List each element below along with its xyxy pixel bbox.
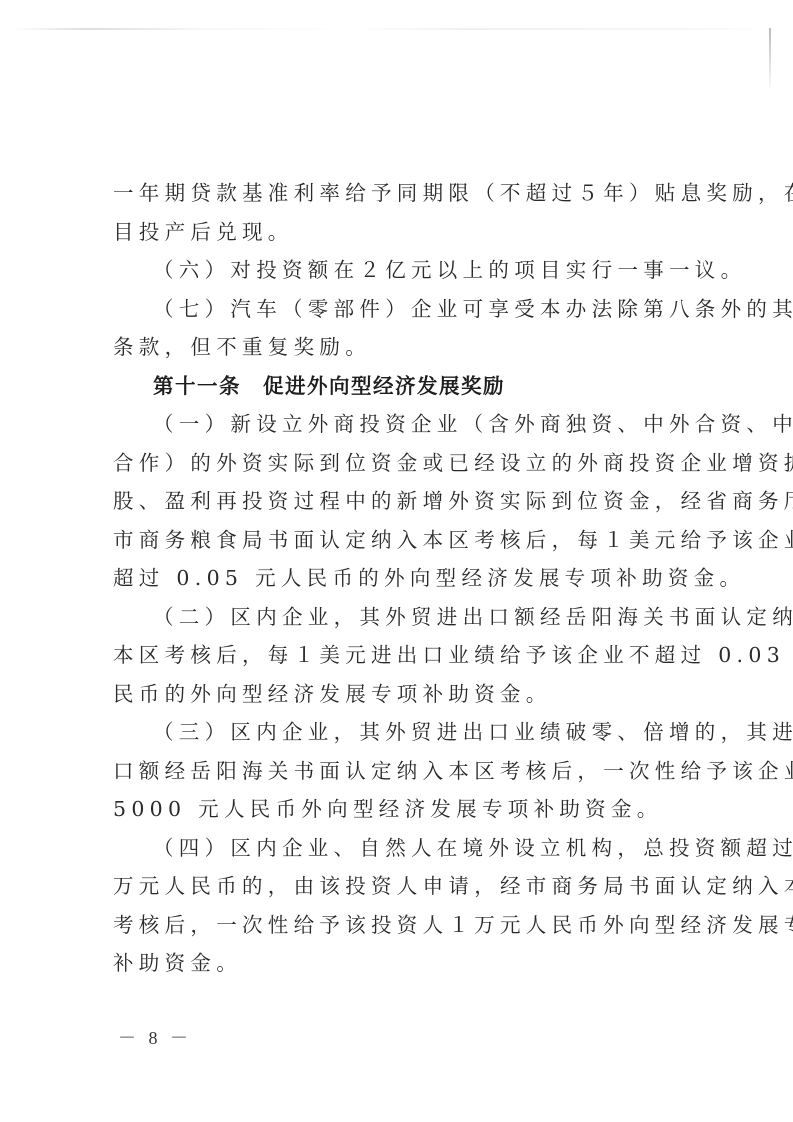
scan-edge-top: [12, 28, 769, 30]
article-heading: 第十一条促进外向型经济发展奖励: [113, 367, 685, 406]
text-line: 口额经岳阳海关书面认定纳入本区考核后，一次性给予该企业: [113, 752, 685, 791]
page-number: － 8 －: [118, 1024, 192, 1050]
text-line: 民币的外向型经济发展专项补助资金。: [113, 675, 685, 714]
text-line: 目投产后兑现。: [113, 213, 685, 252]
article-title: 促进外向型经济发展奖励: [263, 374, 505, 398]
article-number: 第十一条: [153, 374, 241, 398]
clause-6: （六）对投资额在２亿元以上的项目实行一事一议。: [113, 251, 685, 290]
article-clause-3: （三）区内企业，其外贸进出口业绩破零、倍增的，其进出: [113, 713, 685, 752]
text-line: 5000 元人民币外向型经济发展专项补助资金。: [113, 790, 685, 829]
document-body: 一年期贷款基准利率给予同期限（不超过５年）贴息奖励，在项 目投产后兑现。 （六）…: [113, 174, 685, 983]
text-line: 股、盈利再投资过程中的新增外资实际到位资金，经省商务厅、: [113, 482, 685, 521]
text-line: 一年期贷款基准利率给予同期限（不超过５年）贴息奖励，在项: [113, 174, 685, 213]
article-clause-4: （四）区内企业、自然人在境外设立机构，总投资额超过 100: [113, 829, 685, 868]
text-line: 市商务粮食局书面认定纳入本区考核后，每１美元给予该企业不: [113, 521, 685, 560]
clause-7: （七）汽车（零部件）企业可享受本办法除第八条外的其他: [113, 290, 685, 329]
text-line: 条款，但不重复奖励。: [113, 328, 685, 367]
text-line: 补助资金。: [113, 944, 685, 983]
article-clause-2: （二）区内企业，其外贸进出口额经岳阳海关书面认定纳入: [113, 598, 685, 637]
text-line: 考核后，一次性给予该投资人１万元人民币外向型经济发展专项: [113, 906, 685, 945]
scan-edge-right: [769, 28, 771, 88]
article-clause-1: （一）新设立外商投资企业（含外商独资、中外合资、中外: [113, 405, 685, 444]
text-line: 合作）的外资实际到位资金或已经设立的外商投资企业增资扩: [113, 444, 685, 483]
text-line: 超过 0.05 元人民币的外向型经济发展专项补助资金。: [113, 559, 685, 598]
text-line: 万元人民币的，由该投资人申请，经市商务局书面认定纳入本区: [113, 867, 685, 906]
text-line: 本区考核后，每１美元进出口业绩给予该企业不超过 0.03 元人: [113, 636, 685, 675]
